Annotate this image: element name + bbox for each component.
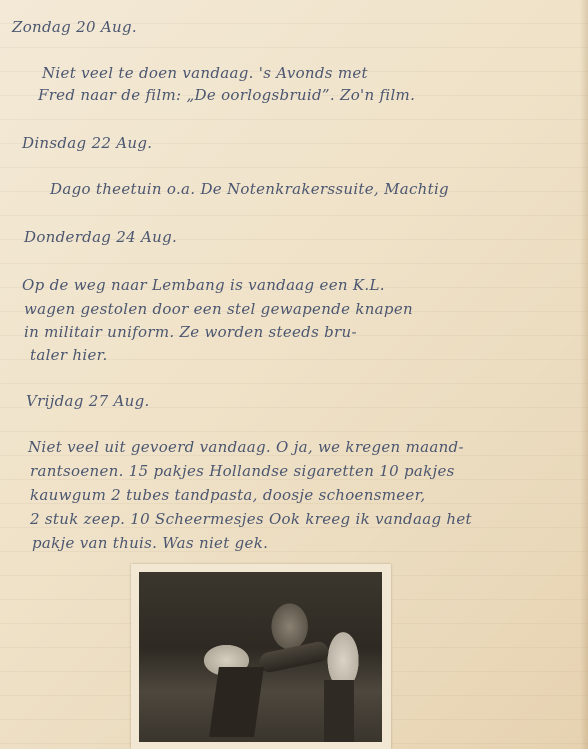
woman-right-shape <box>324 680 354 742</box>
entry-text-line: Op de weg naar Lembang is vandaag een K.… <box>22 276 385 294</box>
entry-text-line: in militair uniform. Ze worden steeds br… <box>24 323 357 341</box>
photo-image <box>139 572 382 742</box>
entry-text-line: wagen gestolen door een stel gewapende k… <box>24 300 413 318</box>
entry-date-sunday-20: Zondag 20 Aug. <box>12 18 137 36</box>
diary-page: Zondag 20 Aug. Niet veel te doen vandaag… <box>0 0 588 749</box>
pasted-photograph <box>131 564 391 749</box>
entry-date-tuesday-22: Dinsdag 22 Aug. <box>22 134 152 152</box>
entry-text-line: Dago theetuin o.a. De Notenkrakerssuite,… <box>50 180 449 198</box>
entry-text-line: kauwgum 2 tubes tandpasta, doosje schoen… <box>30 486 425 504</box>
entry-text-line: pakje van thuis. Was niet gek. <box>32 534 268 552</box>
cannon-shape <box>258 640 331 674</box>
entry-text-line: taler hier. <box>30 346 108 364</box>
entry-date-thursday-24: Donderdag 24 Aug. <box>24 228 177 246</box>
entry-text-line: rantsoenen. 15 pakjes Hollandse sigarett… <box>30 462 455 480</box>
woman-left-shape <box>209 667 264 737</box>
entry-date-friday-27: Vrijdag 27 Aug. <box>26 392 150 410</box>
entry-text-line: Fred naar de film: „De oorlogsbruid”. Zo… <box>38 86 415 104</box>
entry-text-line: Niet veel uit gevoerd vandaag. O ja, we … <box>28 438 464 456</box>
entry-text-line: 2 stuk zeep. 10 Scheermesjes Ook kreeg i… <box>30 510 472 528</box>
entry-text-line: Niet veel te doen vandaag. 's Avonds met <box>42 64 368 82</box>
